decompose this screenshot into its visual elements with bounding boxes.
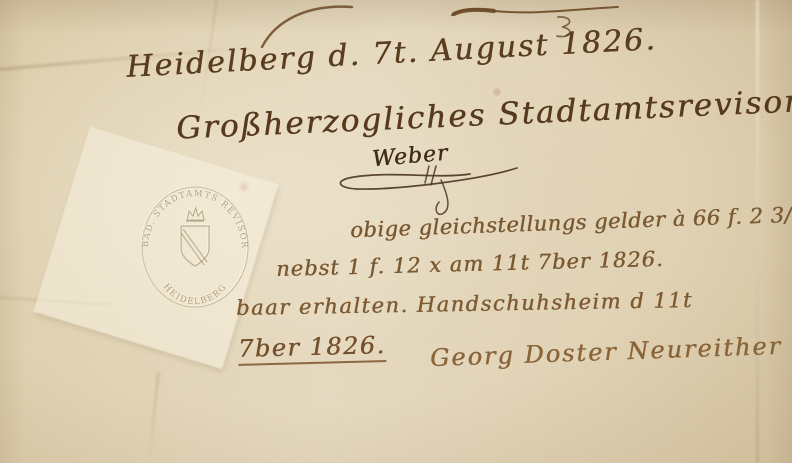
body-line-4-underlined: 7ber 1826.	[238, 331, 386, 366]
manuscript-page: G. BAD. STADTAMTS REVISORAT HEIDELBERG G…	[0, 0, 792, 463]
seal-crown-shield-icon	[180, 207, 209, 266]
svg-text:HEIDELBERG: HEIDELBERG	[161, 282, 229, 307]
seal-arc-bottom-text: HEIDELBERG	[161, 282, 229, 307]
